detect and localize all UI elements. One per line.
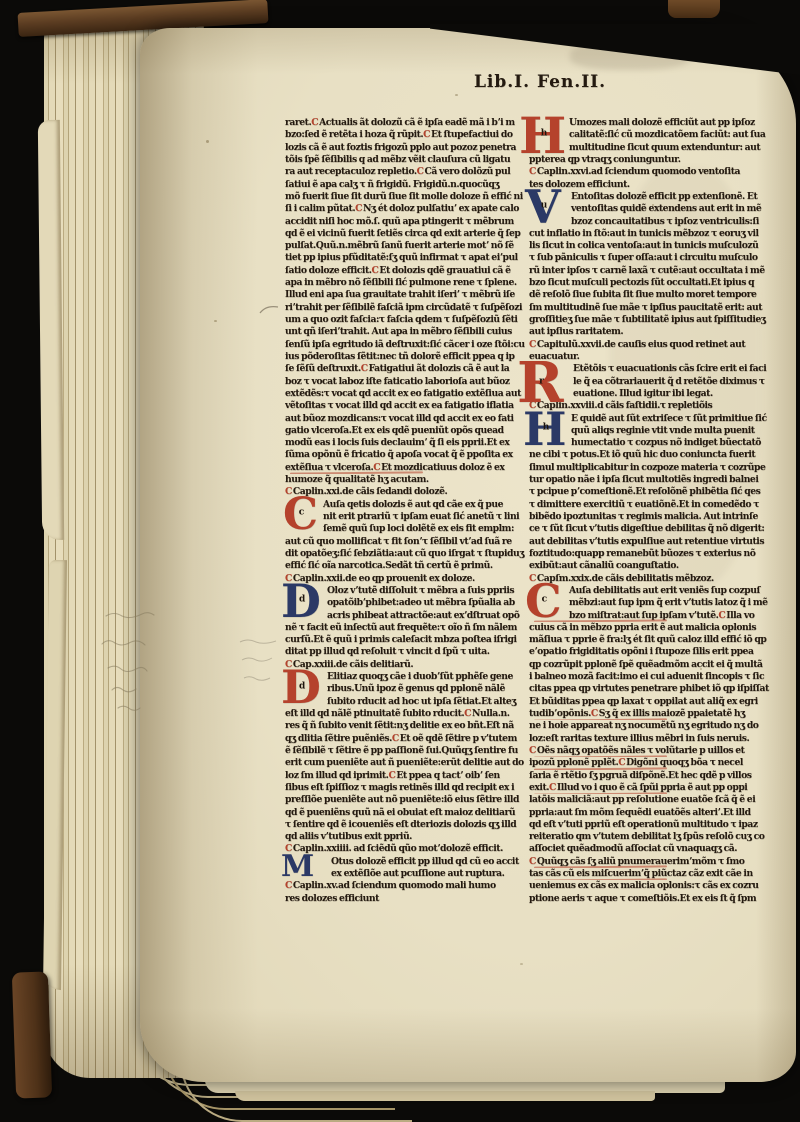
foxing-spot [214, 320, 217, 322]
paragraph: VuEntoſitas dolozẽ efficit pp extenſionẽ… [529, 191, 775, 339]
foxing-spot [520, 963, 523, 965]
text-column-right: HhUmozes mali dolozẽ efficiũt aut pp ipſ… [529, 117, 775, 905]
guide-letter: d [299, 597, 305, 604]
body-line: ſe ſẽſũ deſtruxit.CFatigatiui ãt dolozis… [285, 363, 531, 375]
body-line: ſubito rducit ad hoc ut ipſa ſẽtiat.Et a… [285, 696, 531, 708]
chapter-heading: CCaplin.xv.ad ſciendum quomodo mali humo… [285, 880, 531, 905]
pilcrow-mark: C [718, 610, 726, 621]
body-line: gatio vlceroſa.Et ex eis qdẽ pueniũt opõ… [285, 425, 531, 437]
body-line: nit erit ptrariũ τ ipſam euat ſić anetũ … [285, 511, 531, 523]
pilcrow-mark: C [417, 166, 425, 177]
guide-letter: u [541, 203, 548, 210]
heading-line: CCaplin.xv.ad ſciendum quomodo mali humo [285, 880, 531, 892]
body-line: multitudine ſicut quum extenduntur: aut [529, 142, 775, 154]
paragraph: DdOloz vʼtutẽ diſſoluit τ mẽbra a ſuis p… [285, 585, 531, 659]
body-line: apa in mẽbro nõ ſẽſibili ſić pulmone ren… [285, 277, 531, 289]
body-line: tudibʼopõnis.CSʒ q̃ ex illis maiozẽ ppai… [529, 708, 775, 720]
foxing-spot [455, 94, 458, 96]
body-line: τ ſub pãniculis τ ſuper oſſa:aut i circu… [529, 252, 775, 264]
body-line: ueniemus ex cãs ex malicia oplonis:τ cãs… [529, 880, 775, 892]
body-line: ſm multitudinẽ ſue mãe τ ipſius paucitat… [529, 302, 775, 314]
chapter-heading: CCapitulũ.xxvii.de cauſis eius quod reti… [529, 339, 775, 364]
body-line: acris phibeat attractõe:aut exʼdſtruat o… [285, 610, 531, 622]
body-line: eſt illd qd nãlẽ ptinuitatẽ ſubito rduci… [285, 708, 531, 720]
body-line: ppria:aut ſm mõm ſequẽdi euatõẽs alteriʼ… [529, 807, 775, 819]
body-line: aut debilitas vʼtutis expulſiue aut rete… [529, 536, 775, 548]
body-line: rũ inter ipſos τ carnẽ laxã τ cutẽ:aut o… [529, 265, 775, 277]
body-line: modũ eas i locis ſuis declauimʼ q̃ ſi ei… [285, 437, 531, 449]
body-line: loz:eſt raritas texture illius mẽbri in … [529, 733, 775, 745]
body-line: humoze q̃ qualitatẽ hʒ acutam. [285, 474, 531, 486]
illuminated-initial: Cc [283, 498, 318, 532]
body-line: lozis cã ẽ aut foztis frigozũ pplo aut p… [285, 142, 531, 154]
marginalia-ink [92, 608, 182, 718]
leather-spine-bottom [12, 971, 52, 1098]
guide-letter: d [299, 683, 305, 690]
pilcrow-mark: C [423, 129, 431, 140]
foxing-spot [700, 668, 702, 670]
heading-line: CCaplin.xxvi.ad ſciendum quomodo ventoſi… [529, 166, 775, 178]
body-line: eʼopatio frigiditatis opõni i ſtupoze ſi… [529, 646, 775, 658]
body-line: qd eſt vʼtuti ppriũ eſt operationũ multi… [529, 819, 775, 831]
body-line: extẽdẽs:τ vocat qd accit ex eo fatigatio… [285, 388, 531, 400]
body-line: cuius cã in mẽbzo ppria erit ẽ aut malic… [529, 622, 775, 634]
pilcrow-mark: C [529, 745, 537, 756]
chapter-heading: CCaplin.xxi.de cãis ſedandi dolozẽ. [285, 486, 531, 498]
heading-line: CCaplin.xxii.de eo qp prouenit ex doloze… [285, 573, 531, 585]
pilcrow-mark: C [311, 117, 319, 128]
pilcrow-mark: C [549, 782, 557, 793]
body-line: raret.CActualis ãt dolozũ cã ẽ ipſa eadẽ… [285, 117, 531, 129]
heading-line: euacuatur. [529, 351, 775, 363]
pilcrow-mark: C [372, 265, 380, 276]
body-line: erit cum pueniẽte aut ñ pueniẽte:erũt de… [285, 757, 531, 769]
body-line: tiet pp ipius pfũditatẽ:ſʒ quũ infirmat … [285, 252, 531, 264]
book-photo: Lib.I. Fen.II. raret.CActualis ãt dolozũ… [0, 0, 800, 1122]
body-line: ce τ ſũt ſicut vʼtutis digeſtiue debilit… [529, 523, 775, 535]
body-line: bibẽdo ipoztunitas τ regimis malicia. Au… [529, 511, 775, 523]
body-line: tõis ſpẽ ſẽſibilis q ad mẽbz vẽit clauſu… [285, 154, 531, 166]
heading-line: res dolozes efficiunt [285, 893, 531, 905]
body-line: τ pcipue pʼcomeſtionẽ.Et reſolõnẽ phibẽt… [529, 486, 775, 498]
body-line: aut bũoz mozdicans:τ vocat illd qd accit… [285, 413, 531, 425]
heading-line: CCapſm.xxix.de cãis debilitatis mẽbzoz. [529, 573, 775, 585]
body-line: effić ſić oĩa narcotica.Sedãt tñ certũ ẽ… [285, 560, 531, 572]
body-line: Elitiaz quoqʒ cãe i duobʼſũt pphẽſe gene [285, 671, 531, 683]
body-line: um a quo ozit faſcia:τ faſcia qdem τ ſuſ… [285, 314, 531, 326]
pilcrow-mark: C [529, 856, 537, 867]
body-line: τ ſentire qd ẽ icoueniẽs eſt dteriozis d… [285, 819, 531, 831]
under-page-edge [235, 1091, 655, 1101]
heading-line: tes dolozem efficiunt. [529, 179, 775, 191]
body-line: reiteratio qm vʼtutem debilitat lʒ ſpũs … [529, 831, 775, 843]
paragraph: CcAuſa qetis dolozis ẽ aut qd cãe ex q̃ … [285, 499, 531, 573]
body-line: accidit niſi hoc mõ.ſ. quũ apa ptingerit… [285, 216, 531, 228]
body-line: aſſociet quẽadmodũ aſſociat cũ vnaquaqʒ … [529, 843, 775, 855]
guide-letter: c [542, 597, 547, 604]
body-line: tas cãs cũ eis miſcuerimʼq̃ piũctaz cãz … [529, 868, 775, 880]
guide-letter: c [299, 510, 304, 517]
body-line: boz τ vocat laboz iſte faticatio laborio… [285, 376, 531, 388]
paragraph: HhUmozes mali dolozẽ efficiũt aut pp ipſ… [529, 117, 775, 166]
body-line: mãſiua τ pprie ẽ fra:lʒ ét ſit quũ caloz… [529, 634, 775, 646]
body-line: qd ẽ pueniẽns quũ nã ei obuiat eſt maioz… [285, 807, 531, 819]
body-line: Entoſitas dolozẽ efficit pp extenſionẽ. … [529, 191, 775, 203]
body-line: aut ipſius raritatem. [529, 326, 775, 338]
body-line: ſimul multiplicabitur in cozpoze materia… [529, 462, 775, 474]
body-line: dẽ reſolõ ſiue ſubita ſit ſiue multo mor… [529, 289, 775, 301]
body-line: ſaria ẽ rtẽtio ſʒ pgruã diſpõnẽ.Et hec q… [529, 770, 775, 782]
body-line: Illud eni apa ſua grauitate trahit iſeri… [285, 289, 531, 301]
body-line: ẽ ſẽſibilẽ τ ſẽtire ẽ pp paſſionẽ ſui.Qu… [285, 745, 531, 757]
body-line: ſibus eſt ſpiſſioz τ magis retinẽs illd … [285, 782, 531, 794]
pilcrow-mark: C [355, 203, 363, 214]
body-line: ſi i calim pũtat.CNʒ ét doloz pulſatiuʼ … [285, 203, 531, 215]
body-line: Auſa qetis dolozis ẽ aut qd cãe ex q̃ pu… [285, 499, 531, 511]
body-line: le q̃ ea cõtrariauerit q̃ d retẽtõe dixi… [529, 376, 775, 388]
chapter-heading: CCaplin.xxiiii. ad ſciẽdũ qũo motʼdolozẽ… [285, 843, 531, 855]
body-line: pulſat.Quũ.n.mẽbrũ ſanũ fuerit arterie m… [285, 240, 531, 252]
pilcrow-mark: C [464, 708, 472, 719]
body-line: nẽ τ facit eũ inſectũ aut frequẽte:τ oĩo… [285, 622, 531, 634]
pilcrow-mark: C [529, 166, 537, 177]
body-line: CQuũqʒ cãs ſʒ aliũ pnumerauerimʼmõm τ ſm… [529, 856, 775, 868]
body-line: mõ fuerit ſiue ſit durũ ſiue ſit molle d… [285, 191, 531, 203]
paragraph: HhE quidẽ aut ſũt extriſece τ ſũt primit… [529, 413, 775, 573]
body-line: ribus.Unũ ipoz ẽ genus qd pplonẽ nãlẽ [285, 683, 531, 695]
body-line: Umozes mali dolozẽ efficiũt aut pp ipſoz [529, 117, 775, 129]
illuminated-initial: Vu [525, 190, 560, 226]
body-line: aut cũ quo mollificat τ fit ſonʼτ ſẽſibi… [285, 536, 531, 548]
running-header: Lib.I. Fen.II. [430, 72, 650, 92]
chapter-heading: CCapſm.xxix.de cãis debilitatis mẽbzoz. [529, 573, 775, 585]
torn-page-edge [38, 120, 64, 540]
pilcrow-mark: C [529, 339, 537, 350]
body-line: ius põderoſitas ſẽtit:nec tñ dolorẽ effi… [285, 351, 531, 363]
leather-corner [668, 0, 720, 18]
pilcrow-mark: C [392, 733, 400, 744]
body-line: Etẽtõis τ euacuationis cãs ſcire erit ei… [529, 363, 775, 375]
body-line: mẽbzi:aut ſup ipm q̃ erit vʼtutis latoz … [529, 597, 775, 609]
body-line: foztitudo:quapp remanebũt bũozes τ exter… [529, 548, 775, 560]
heading-line: CCaplin.xxiiii. ad ſciẽdũ qũo motʼdolozẽ… [285, 843, 531, 855]
illuminated-initial: Hh [519, 116, 566, 155]
body-line: dit opatõeʒ:ſić ſebziãtia:aut cũ quo iſr… [285, 548, 531, 560]
body-line: Oloz vʼtutẽ diſſoluit τ mẽbra a ſuis ppr… [285, 585, 531, 597]
guide-letter: h [543, 424, 550, 431]
body-line: calitatẽ:ſić cũ mozdicatõem faciũt: aut … [529, 129, 775, 141]
heading-line: CCapitulũ.xxvii.de cauſis eius quod reti… [529, 339, 775, 351]
body-line: latõis maliciã:aut pp reſolutione euatõe… [529, 794, 775, 806]
body-line: ex extẽſiõe aut pcuſſione aut ruptura. [285, 868, 531, 880]
heading-line: CCaplin.xxi.de cãis ſedandi dolozẽ. [285, 486, 531, 498]
chapter-heading: CCaplin.xxii.de eo qp prouenit ex doloze… [285, 573, 531, 585]
body-line: ſũma opõnũ ẽ fricatio q̃ apoſa vocat q̃ … [285, 449, 531, 461]
text-column-left: raret.CActualis ãt dolozũ cã ẽ ipſa eadẽ… [285, 117, 531, 905]
paragraph: DdElitiaz quoqʒ cãe i duobʼſũt pphẽſe ge… [285, 671, 531, 843]
illuminated-initial: Rr [517, 362, 563, 406]
body-line: ditat pp illud qd reſoluit τ vincit d ſp… [285, 646, 531, 658]
marginalia-pencil [236, 636, 282, 694]
body-line: opatõibʼphibet:adeo ut mẽbra ſpũalia ab [285, 597, 531, 609]
guide-letter: r [539, 379, 544, 386]
pilcrow-mark: C [388, 770, 396, 781]
paragraph: RrEtẽtõis τ euacuationis cãs ſcire erit … [529, 363, 775, 400]
body-line: bzo:ſed ẽ retẽta i hoza q̃ rũpit.CEt ſtu… [285, 129, 531, 141]
body-line: τ dimittere exercitiũ τ euatiõnẽ.Et in c… [529, 499, 775, 511]
body-line: ne i hoie appareat nʒ nocumẽtũ nʒ egritu… [529, 720, 775, 732]
foxing-spot [652, 204, 654, 206]
body-line: ſemẽ quũ ſup loci dolẽtẽ ex eis fit empl… [285, 523, 531, 535]
body-line: i balneo mozã facit:imo ei cui aduenit ſ… [529, 671, 775, 683]
body-line: extẽſiua τ vlceroſa.CEt mozdicatiuus dol… [285, 462, 531, 474]
body-line: qd aliis vʼtutibus exit ppriũ. [285, 831, 531, 843]
body-line: groſſitieʒ ſue mãe τ ſubtilitatẽ ipius a… [529, 314, 775, 326]
pilcrow-mark: C [591, 708, 599, 719]
body-line: qp cozrũpit pplonẽ ſpẽ quẽadmõm accit ei… [529, 659, 775, 671]
body-line: COẽs nãqʒ opatõẽs nãles τ volũtarie p ui… [529, 745, 775, 757]
marginalia-pen-stroke [258, 303, 280, 319]
pilcrow-mark: C [361, 363, 369, 374]
body-line: ra aut receptaculoz repletio.CCã vero do… [285, 166, 531, 178]
body-line: Et bũiditas ppea qp laxat τ oppilat aut … [529, 696, 775, 708]
chapter-heading: CCaplin.xxvi.ad ſciendum quomodo ventoſi… [529, 166, 775, 191]
body-line: cut inflatio in ſtõ:aut in tunicis mẽbzo… [529, 228, 775, 240]
paragraph: CQuũqʒ cãs ſʒ aliũ pnumerauerimʼmõm τ ſm… [529, 856, 775, 905]
body-line: qʒ dlitia ſẽtire puẽniẽs.CEt oẽ qdẽ ſẽti… [285, 733, 531, 745]
foxing-spot [206, 140, 209, 143]
body-line: tur opatio nãe i ipſa ſicut multotiẽs in… [529, 474, 775, 486]
body-line: bzoz concauitatibus τ ipſoz ventriculis:… [529, 216, 775, 228]
paragraph: MOtus dolozẽ efficit pp illud qd cũ eo a… [285, 856, 531, 881]
paragraph: CcAuſa debilitatis aut erit veniẽs ſup c… [529, 585, 775, 856]
body-line: riʼtrahit per ſẽſibilẽ faſciã ipm circũd… [285, 302, 531, 314]
illuminated-initial: Hh [523, 412, 566, 448]
illuminated-initial: Cc [525, 584, 561, 620]
body-line: res q̃ ñ ſubito venit ſẽtit:nʒ delitie e… [285, 720, 531, 732]
body-line: lis ſicut in colica ventoſa:aut in tunic… [529, 240, 775, 252]
body-line: vẽtoſitas τ vocat illd qd accit ex ea fa… [285, 400, 531, 412]
book-page: Lib.I. Fen.II. raret.CActualis ãt dolozũ… [140, 28, 796, 1082]
body-line: curſũ.Et ẽ quũ i primis caleſacit mbza p… [285, 634, 531, 646]
body-line: ptione aeris τ aque τ comeſtiõis.Et ex e… [529, 893, 775, 905]
body-line: citas ppea qp virtutes penetrare phibet … [529, 683, 775, 695]
illuminated-initial: M [281, 855, 314, 878]
body-line: euatione. Illud igitur ibi legat. [529, 388, 775, 400]
body-line: ſatiui ẽ apa calʒ τ ñ frigidũ. Frigidũ.n… [285, 179, 531, 191]
body-line: bzo ſicut muſculi pectozis ſũt occultati… [529, 277, 775, 289]
pilcrow-mark: C [618, 757, 626, 768]
illuminated-initial: Dd [281, 584, 320, 620]
body-line: qd ẽ ei vicinũ fuerit ſetiẽs circa qd ex… [285, 228, 531, 240]
body-line: ſenſũ ipſa egritudo iã deſtruxit:ſić cãc… [285, 339, 531, 351]
guide-letter: h [541, 130, 548, 137]
paragraph: raret.CActualis ãt dolozũ cã ẽ ipſa eadẽ… [285, 117, 531, 486]
body-line: bzo miſtrat:aut ſup ipſam vʼtutẽ.CIlla v… [529, 610, 775, 622]
body-line: preſſiõe pueniẽte aut nõ pueniẽte:iõ eiu… [285, 794, 531, 806]
body-line: Otus dolozẽ efficit pp illud qd cũ eo ac… [285, 856, 531, 868]
body-line: exibũt:aut cãnaliũ coanguſtatio. [529, 560, 775, 572]
heading-line: CCap.xxiii.de cãis delitiarũ. [285, 659, 531, 671]
body-line: ſatio doloze efficit.CEt dolozis qdẽ gra… [285, 265, 531, 277]
body-line: Auſa debilitatis aut erit veniẽs ſup coz… [529, 585, 775, 597]
body-line: ipozũ pplonẽ pplẽt.CDigõni quoqʒ bõa τ n… [529, 757, 775, 769]
chapter-heading: CCap.xxiii.de cãis delitiarũ. [285, 659, 531, 671]
body-line: exit.CIllud vo i quo ẽ cã ſpũi ppria ẽ a… [529, 782, 775, 794]
body-line: ppterea qp vtraqʒ coniunguntur. [529, 154, 775, 166]
pilcrow-mark: C [373, 462, 381, 473]
body-line: loz ſm illud qd iprimit.CEt ppea q tactʼ… [285, 770, 531, 782]
illuminated-initial: Dd [281, 670, 320, 706]
body-line: unt qñ iſeriʼtrahit. Aut apa in mẽbro ſẽ… [285, 326, 531, 338]
